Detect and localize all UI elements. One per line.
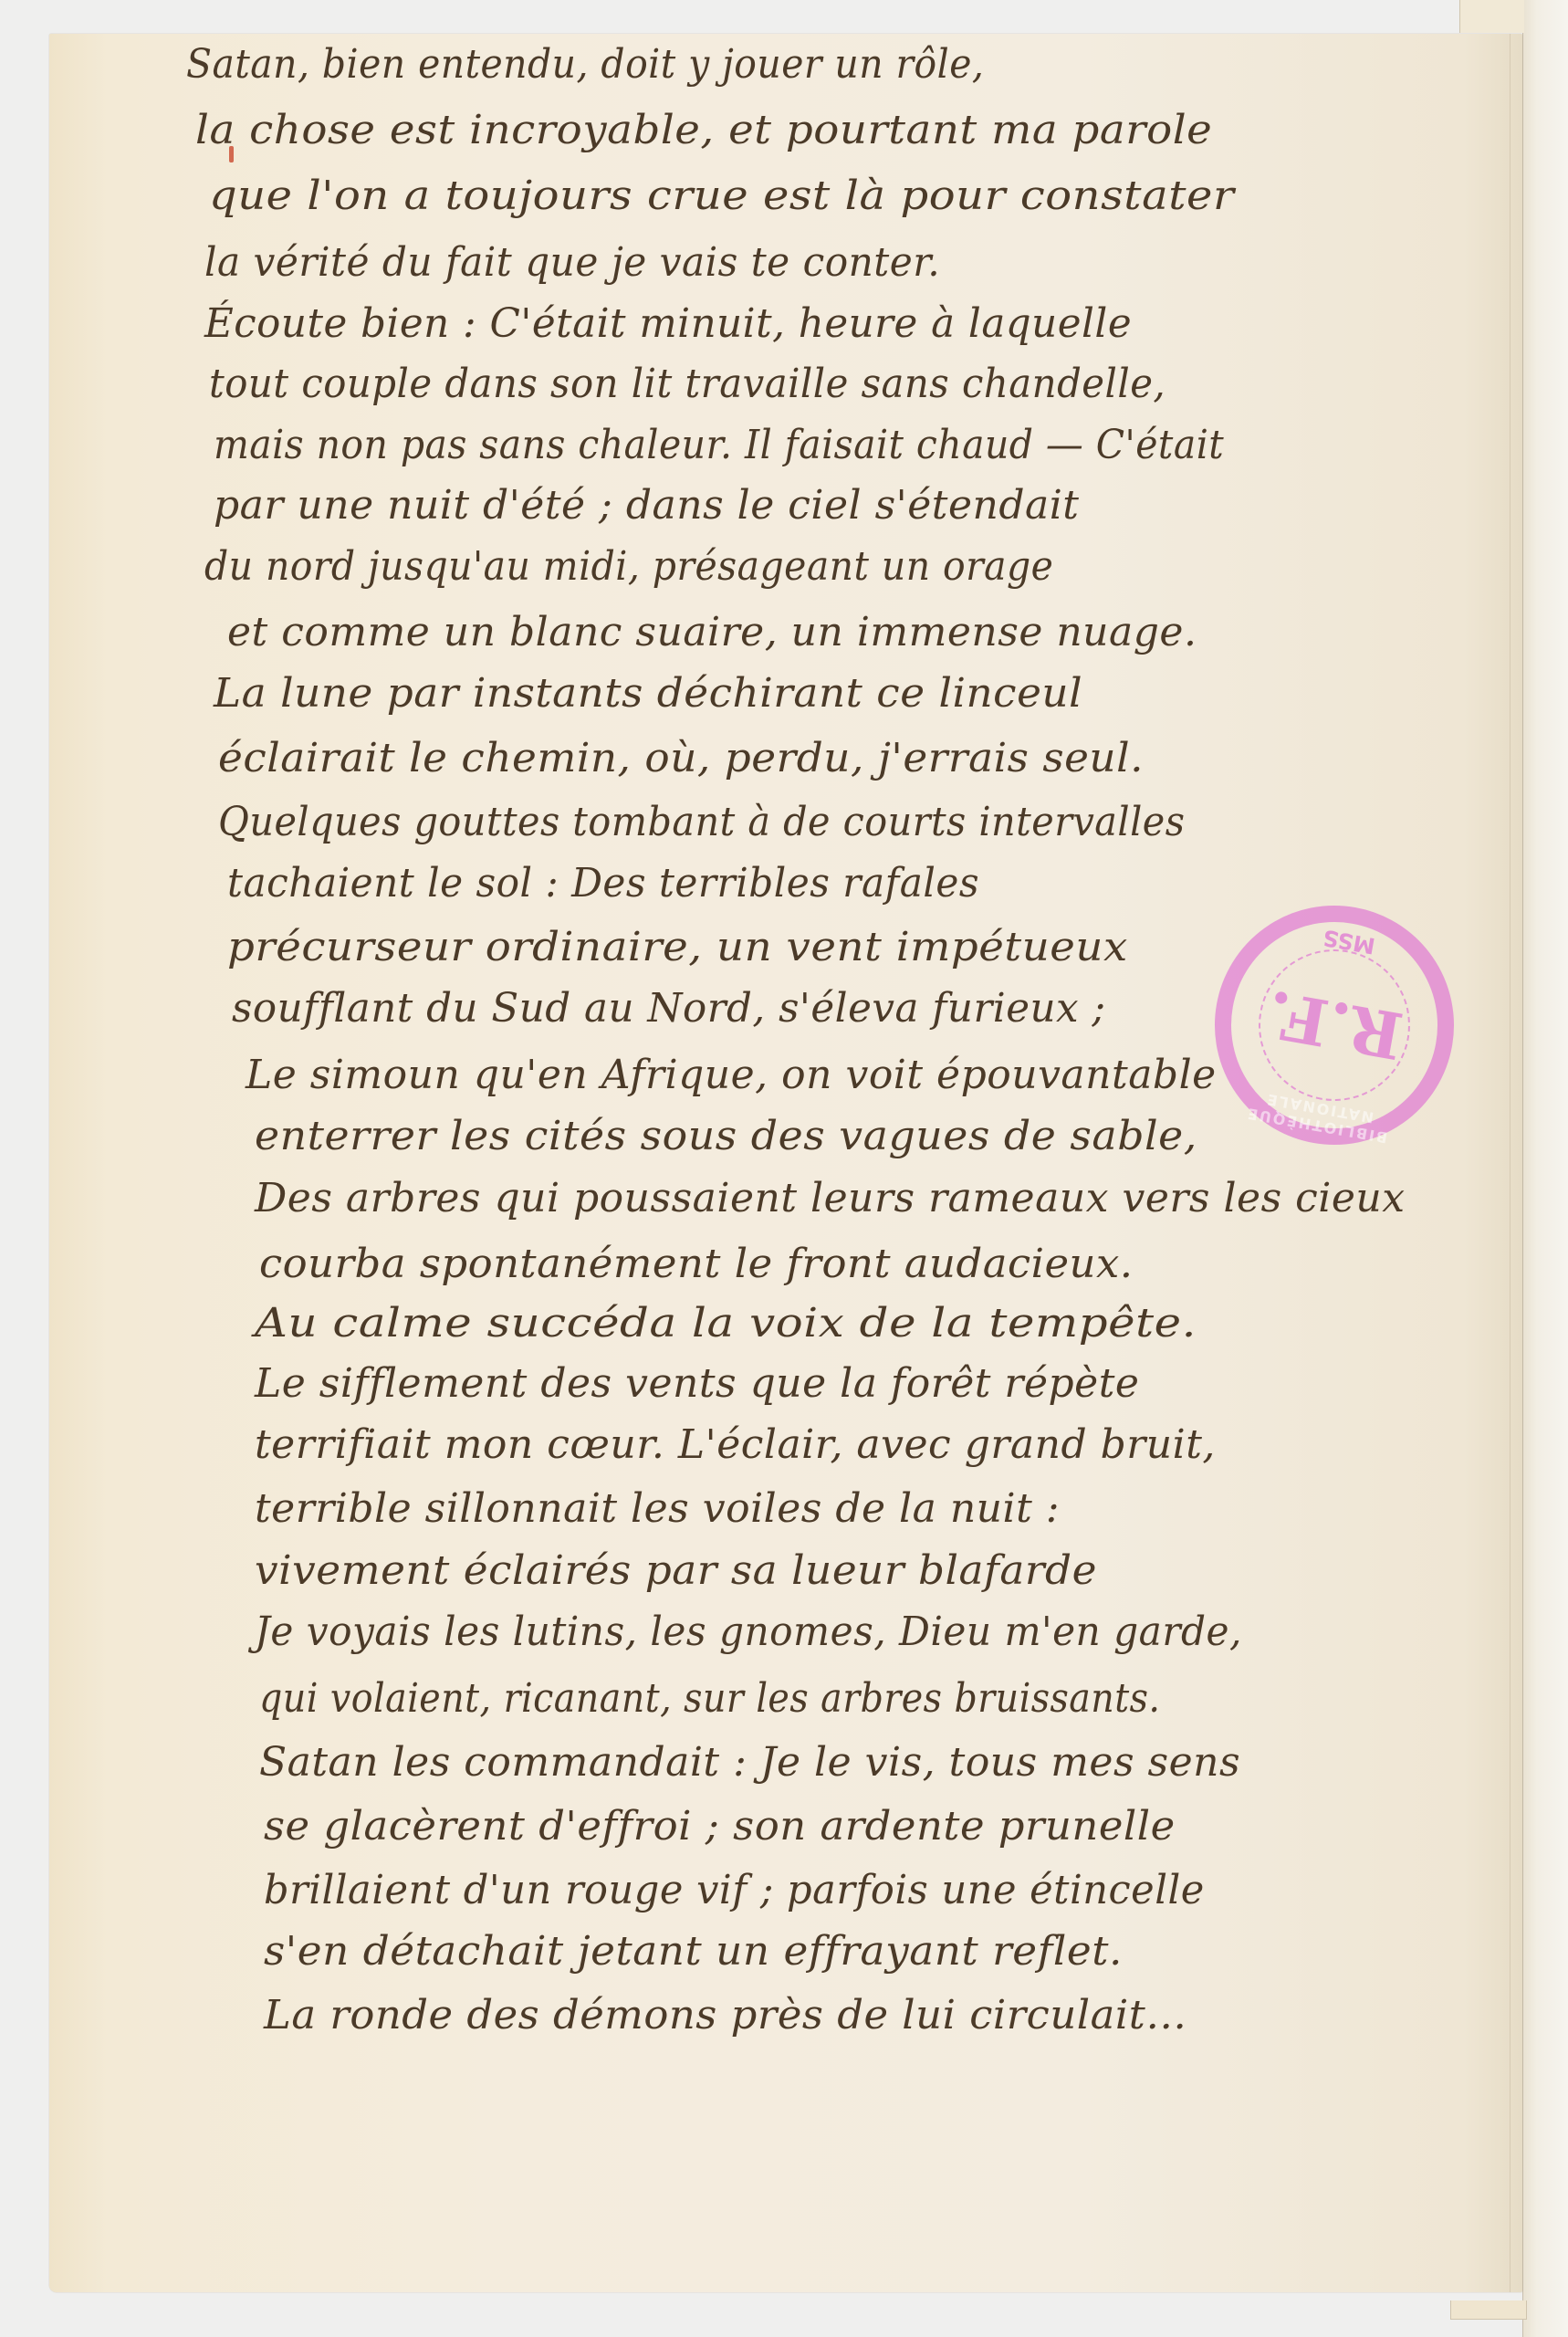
manuscript-line: courba spontanément le front audacieux. [259, 1241, 1134, 1287]
manuscript-line: tout couple dans son lit travaille sans … [209, 361, 1166, 407]
manuscript-page: Satan, bien entendu, doit y jouer un rôl… [49, 34, 1522, 2292]
manuscript-line: que l'on a toujours crue est là pour con… [209, 173, 1234, 219]
manuscript-line: Des arbres qui poussaient leurs rameaux … [255, 1175, 1406, 1221]
manuscript-line: Écoute bien : C'était minuit, heure à la… [204, 300, 1132, 347]
adjacent-page-edge [1522, 0, 1568, 2337]
manuscript-line: Je voyais les lutins, les gnomes, Dieu m… [255, 1609, 1242, 1655]
manuscript-line: par une nuit d'été ; dans le ciel s'éten… [214, 482, 1080, 529]
manuscript-line: Quelques gouttes tombant à de courts int… [218, 799, 1185, 845]
manuscript-line: mais non pas sans chaleur. Il faisait ch… [214, 422, 1224, 468]
manuscript-line: qui volaient, ricanant, sur les arbres b… [259, 1675, 1160, 1722]
manuscript-line: Le simoun qu'en Afrique, on voit épouvan… [246, 1052, 1217, 1098]
manuscript-line: Au calme succéda la voix de la tempête. [255, 1300, 1197, 1347]
page-tab-top [1459, 0, 1524, 33]
manuscript-line: La ronde des démons près de lui circulai… [264, 1992, 1187, 2038]
manuscript-line: et comme un blanc suaire, un immense nua… [227, 609, 1197, 655]
manuscript-line: du nord jusqu'au midi, présageant un ora… [204, 543, 1053, 590]
document-viewer: Satan, bien entendu, doit y jouer un rôl… [0, 0, 1568, 2337]
page-tab-bottom [1450, 2300, 1527, 2320]
manuscript-line: tachaient le sol : Des terribles rafales [227, 860, 979, 907]
manuscript-line: s'en détachait jetant un effrayant refle… [264, 1928, 1123, 1975]
manuscript-line: terrible sillonnait les voiles de la nui… [255, 1485, 1060, 1532]
manuscript-line: soufflant du Sud au Nord, s'éleva furieu… [232, 985, 1106, 1032]
manuscript-line: vivement éclairés par sa lueur blafarde [255, 1547, 1097, 1594]
manuscript-line: enterrer les cités sous des vagues de sa… [255, 1113, 1197, 1159]
manuscript-text: Satan, bien entendu, doit y jouer un rôl… [49, 34, 1522, 2292]
manuscript-line: éclairait le chemin, où, perdu, j'errais… [218, 735, 1144, 781]
manuscript-line: la chose est incroyable, et pourtant ma … [195, 107, 1212, 153]
manuscript-line: brillaient d'un rouge vif ; parfois une … [264, 1867, 1205, 1913]
manuscript-line: La lune par instants déchirant ce linceu… [214, 670, 1082, 717]
manuscript-line: terrifiait mon cœur. L'éclair, avec gran… [255, 1421, 1216, 1468]
manuscript-line: Satan, bien entendu, doit y jouer un rôl… [186, 41, 984, 88]
manuscript-line: Satan les commandait : Je le vis, tous m… [259, 1739, 1240, 1786]
manuscript-line: Le sifflement des vents que la forêt rép… [255, 1360, 1139, 1407]
manuscript-line: se glacèrent d'effroi ; son ardente prun… [264, 1803, 1176, 1850]
manuscript-line: la vérité du fait que je vais te conter. [204, 239, 940, 286]
manuscript-line: précurseur ordinaire, un vent impétueux [227, 924, 1128, 970]
